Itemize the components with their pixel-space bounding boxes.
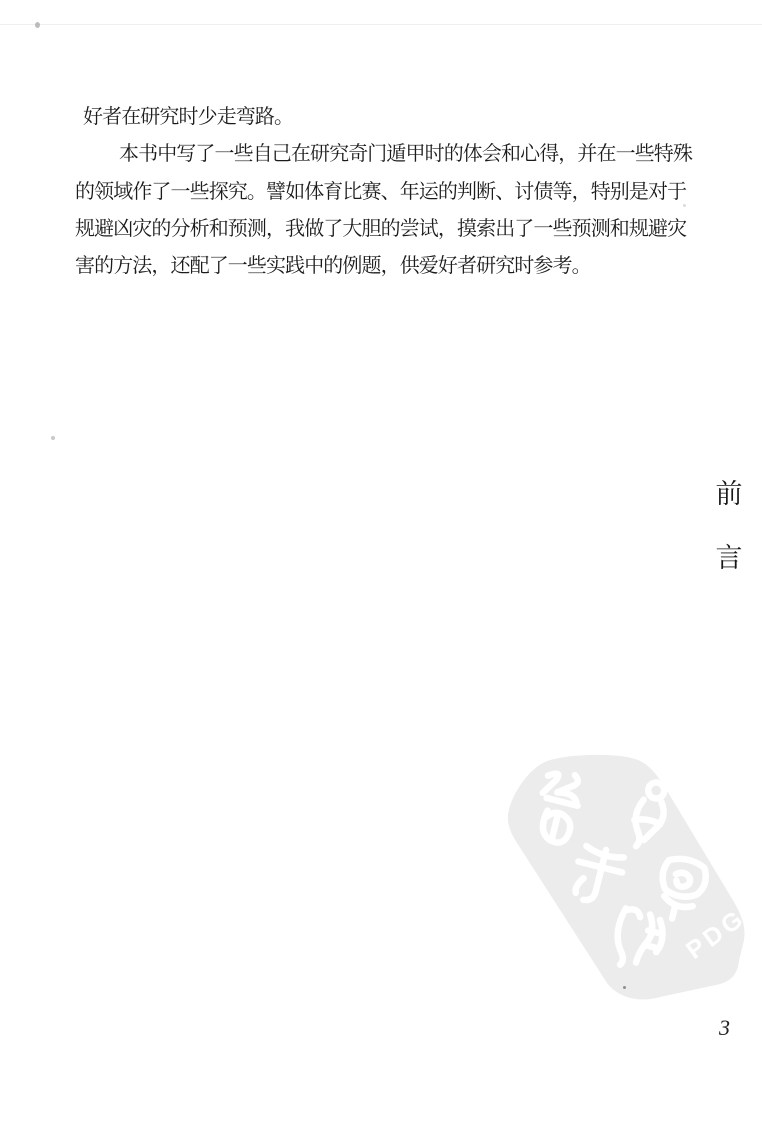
body-line: 害的方法，还配了一些实践中的例题，供爱好者研究时参考。	[75, 248, 691, 285]
scan-speck	[51, 436, 55, 440]
scanned-book-page: 好者在研究时少走弯路。 本书中写了一些自己在研究奇门遁甲时的体会和心得，并在一些…	[0, 0, 762, 1122]
scan-speck	[35, 22, 40, 28]
body-paragraph: 好者在研究时少走弯路。 本书中写了一些自己在研究奇门遁甲时的体会和心得，并在一些…	[75, 99, 691, 285]
scan-speck	[623, 986, 626, 989]
margin-title-char: 前	[716, 472, 743, 511]
page-number: 3	[719, 1015, 730, 1041]
body-line: 规避凶灾的分析和预测，我做了大胆的尝试，摸索出了一些预测和规避灾	[75, 211, 691, 248]
pdg-watermark-stamp: PDG	[490, 745, 760, 1015]
scan-artifact-line	[0, 24, 762, 25]
body-line: 好者在研究时少走弯路。	[75, 99, 691, 136]
seal-stamp-icon: PDG	[490, 745, 760, 1015]
chapter-margin-title: 前 言	[714, 472, 744, 575]
body-line: 本书中写了一些自己在研究奇门遁甲时的体会和心得，并在一些特殊	[75, 136, 691, 173]
body-line: 的领域作了一些探究。譬如体育比赛、年运的判断、讨债等，特别是对于	[75, 174, 691, 211]
margin-title-char: 言	[716, 536, 743, 575]
